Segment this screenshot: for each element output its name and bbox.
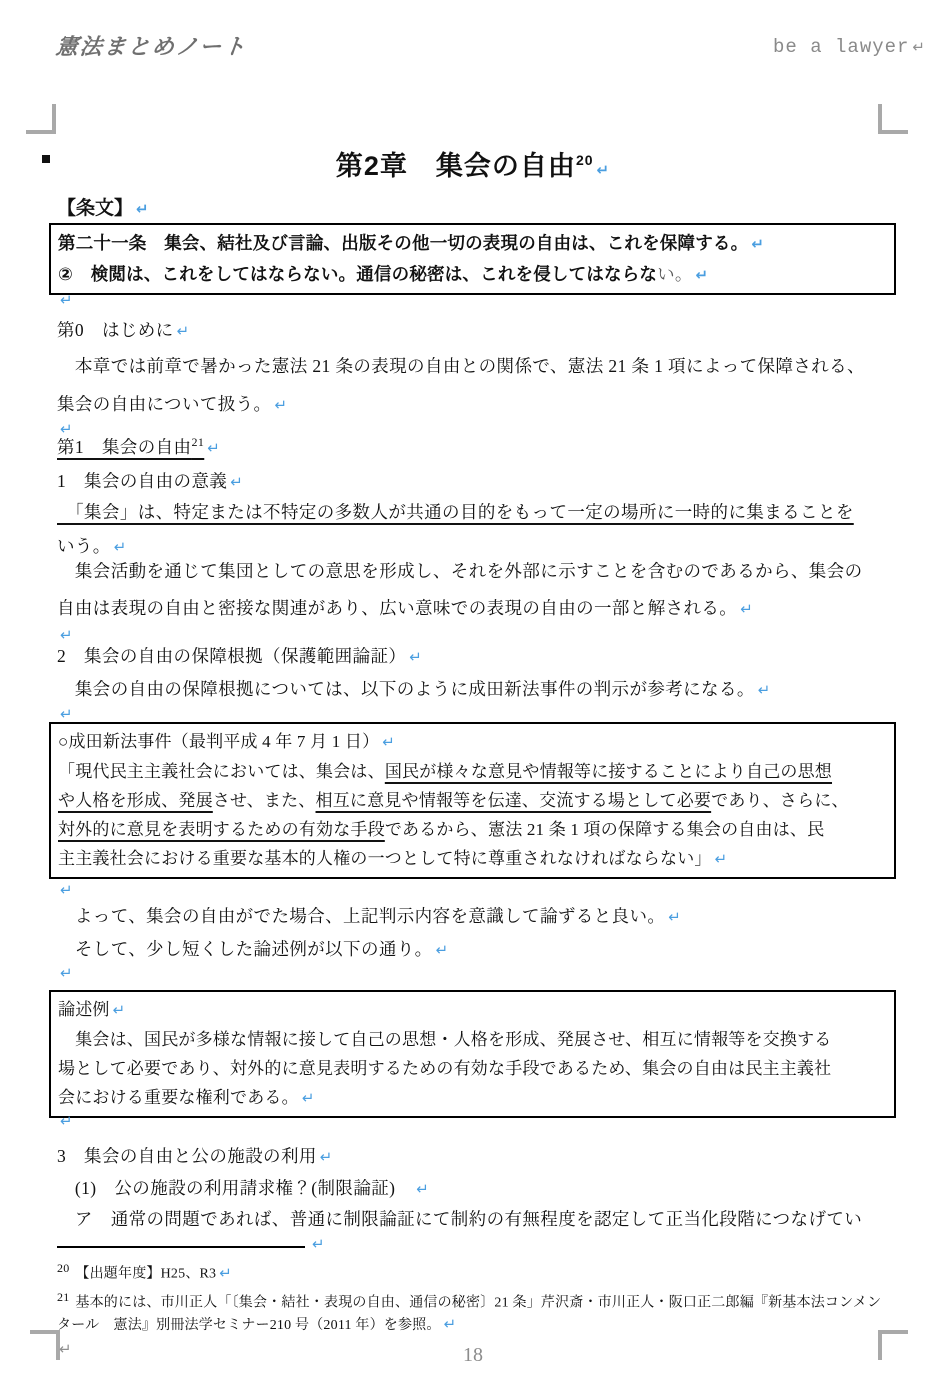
narita-line3: 対外的に意見を表明するための有効な手段であるから、憲法 21 条 1 項の保障す… xyxy=(58,815,887,844)
narita-line4: 主主義社会における重要な基本的人権の一つとして特に尊重されなければならない」↵ xyxy=(58,844,887,874)
paragraph-mark-icon: ↵ xyxy=(207,439,220,457)
paragraph-mark-icon: ↵ xyxy=(751,235,764,253)
ronjutsu-l2-text: 場として必要であり、対外的に意見表明するための有効な手段であるため、集会の自由は… xyxy=(58,1059,831,1078)
article-21-line2-bold: ② 検閲は、これをしてはならない。通信の秘密は、これを侵してはならな xyxy=(58,264,657,284)
article-21-line1-text: 第二十一条 集会、結社及び言論、出版その他一切の表現の自由は、これを保障する。 xyxy=(58,233,748,253)
sec1-heading-text: 第1 集会の自由 xyxy=(57,437,191,457)
sec3-a-line-text: ア 通常の問題であれば、普通に制限論証にて制約の有無程度を認定して正当化段階につ… xyxy=(57,1209,862,1229)
paragraph-mark-icon: ↵ xyxy=(320,1148,333,1166)
paragraph-mark-icon: ↵ xyxy=(274,396,287,414)
ronjutsu-l3-text: 会における重要な権利である。 xyxy=(58,1088,299,1107)
article-21-box: 第二十一条 集会、結社及び言論、出版その他一切の表現の自由は、これを保障する。↵… xyxy=(49,223,896,295)
after-narita-paragraph2: そして、少し短くした論述例が以下の通り。↵ xyxy=(57,936,449,961)
sec1-p2a-text: 集会活動を通じて集団としての意思を形成し、それを外部に示すことを含むのであるから… xyxy=(57,561,863,581)
footnote-21-line2: タール 憲法』別冊法学セミナー210 号（2011 年）を参照。↵ xyxy=(57,1311,456,1339)
document-page: 憲法まとめノート be a lawyer↵ 第2章 集会の自由20↵ 【条文】↵… xyxy=(0,0,946,1394)
paragraph-mark-icon: ↵ xyxy=(219,1264,232,1282)
sec1-paragraph3: 集会の自由の保障根拠については、以下のように成田新法事件の判示が参考になる。↵ xyxy=(57,676,771,701)
empty-paragraph-mark-icon: ↵ xyxy=(60,291,73,309)
footnote-ref-21: 21 xyxy=(191,435,204,449)
paragraph-mark-icon: ↵ xyxy=(114,538,127,556)
sec1-paragraph2-line1: 集会活動を通じて集団としての意思を形成し、それを外部に示すことを含むのであるから… xyxy=(57,558,863,583)
paragraph-mark-icon: ↵ xyxy=(409,648,422,666)
narita-l2-plain2: であり、さらに、 xyxy=(711,791,849,810)
narita-l2-underlined1: や人格を形成、発展 xyxy=(58,791,213,810)
sec1-paragraph2-line2: 自由は表現の自由と密接な関連があり、広い意味での表現の自由の一部と解される。↵ xyxy=(57,595,753,620)
paragraph-mark-icon: ↵ xyxy=(416,1180,429,1198)
paragraph-mark-icon: ↵ xyxy=(230,473,243,491)
assembly-definition-tail: いう。↵ xyxy=(57,533,127,558)
paragraph-mark-icon: ↵ xyxy=(302,1089,315,1107)
sec0-p1-text: 本章では前章で暑かった憲法 21 条の表現の自由との関係で、憲法 21 条 1 … xyxy=(57,356,865,376)
footnote-20: 20【出題年度】H25、R3↵ xyxy=(57,1255,232,1288)
ronjutsu-line2: 場として必要であり、対外的に意見表明するための有効な手段であるため、集会の自由は… xyxy=(58,1054,887,1083)
sec0-paragraph-line1: 本章では前章で暑かった憲法 21 条の表現の自由との関係で、憲法 21 条 1 … xyxy=(57,353,865,378)
assembly-definition-underlined: 「集会」は、特定または不特定の多数人が共通の目的をもって一定の場所に一時的に集ま… xyxy=(57,502,854,522)
paragraph-mark-icon: ↵ xyxy=(136,200,149,218)
joubun-label-text: 【条文】 xyxy=(57,198,133,219)
paragraph-mark-icon: ↵ xyxy=(715,850,728,868)
ronjutsu-example-box: 論述例↵ 集会は、国民が多様な情報に接して自己の思想・人格を形成、発展させ、相互… xyxy=(49,990,896,1118)
paragraph-mark-icon: ↵ xyxy=(668,908,681,926)
sec0-heading-text: 第0 はじめに xyxy=(57,320,174,340)
paragraph-mark-icon: ↵ xyxy=(740,600,753,618)
paragraph-mark-icon: ↵ xyxy=(696,266,709,284)
narita-l1-plain: 「現代民主主義社会においては、集会は、 xyxy=(58,762,385,781)
joubun-label: 【条文】↵ xyxy=(57,193,149,220)
article-21-line1: 第二十一条 集会、結社及び言論、出版その他一切の表現の自由は、これを保障する。↵ xyxy=(58,228,887,259)
narita-l2-underlined2: 相互に意見や情報等を伝達、交流する場として必要 xyxy=(316,791,712,810)
header-right-text: be a lawyer xyxy=(773,36,909,58)
chapter-title: 第2章 集会の自由20↵ xyxy=(0,144,946,183)
crop-mark-top-right-icon xyxy=(878,104,908,134)
article-21-line2: ② 検閲は、これをしてはならない。通信の秘密は、これを侵してはならない。↵ xyxy=(58,259,887,290)
footnote-20-text: 【出題年度】H25、R3 xyxy=(75,1267,216,1282)
narita-l3-plain: であるから、憲法 21 条 1 項の保障する集会の自由は、民 xyxy=(385,820,825,839)
footnote-ref-20: 20 xyxy=(576,152,594,168)
narita-l2-plain1: させ、また、 xyxy=(213,791,316,810)
narita-l1-underlined: 国民が様々な意見や情報等に接することにより自己の思想 xyxy=(385,762,832,781)
empty-paragraph-mark-icon: ↵ xyxy=(60,964,73,982)
ronjutsu-l1-text: 集会は、国民が多様な情報に接して自己の思想・人格を形成、発展させ、相互に情報等を… xyxy=(58,1030,832,1049)
footnote-21-ref: 21 xyxy=(57,1290,69,1304)
footnote-20-ref: 20 xyxy=(57,1261,69,1275)
paragraph-mark-icon: ↵ xyxy=(444,1315,457,1333)
sec3-item3-text: 3 集会の自由と公の施設の利用 xyxy=(57,1146,317,1166)
empty-paragraph-mark-icon: ↵ xyxy=(60,705,73,723)
header-brand: 憲法まとめノート xyxy=(54,30,249,61)
sec1-item2-heading: 2 集会の自由の保障根拠（保護範囲論証）↵ xyxy=(57,643,422,668)
empty-paragraph-mark-icon: ↵ xyxy=(60,626,73,644)
empty-paragraph-mark-icon: ↵ xyxy=(60,881,73,899)
narita-line1: 「現代民主主義社会においては、集会は、国民が様々な意見や情報等に接することにより… xyxy=(58,757,887,786)
sec1-heading: 第1 集会の自由21↵ xyxy=(57,434,220,459)
sec0-paragraph-line2: 集会の自由について扱う。↵ xyxy=(57,391,287,416)
narita-case-box: ○成田新法事件（最判平成 4 年 7 月 1 日）↵ 「現代民主主義社会において… xyxy=(49,722,896,879)
paragraph-mark-icon: ↵ xyxy=(113,1001,126,1019)
paragraph-mark-icon: ↵ xyxy=(912,38,926,56)
header-right: be a lawyer↵ xyxy=(773,36,926,58)
after-narita-paragraph1: よって、集会の自由がでた場合、上記判示内容を意識して論ずると良い。↵ xyxy=(57,903,681,928)
narita-l3-underlined: 対外的に意見を表明するための有効な手段 xyxy=(58,820,385,839)
narita-title-text: ○成田新法事件（最判平成 4 年 7 月 1 日） xyxy=(58,732,379,751)
sec3-item3-heading: 3 集会の自由と公の施設の利用↵ xyxy=(57,1143,333,1168)
sec1-item1-heading: 1 集会の自由の意義↵ xyxy=(57,468,243,493)
assembly-definition-tail-text: いう。 xyxy=(57,536,111,556)
assembly-definition-line: 「集会」は、特定または不特定の多数人が共通の目的をもって一定の場所に一時的に集ま… xyxy=(57,499,854,524)
empty-paragraph-mark-icon: ↵ xyxy=(60,1112,73,1130)
ronjutsu-line3: 会における重要な権利である。↵ xyxy=(58,1083,887,1113)
crop-mark-top-left-icon xyxy=(26,104,56,134)
paragraph-mark-icon: ↵ xyxy=(177,322,190,340)
paragraph-mark-icon: ↵ xyxy=(312,1235,325,1253)
footnote-21-line1-text: 基本的には、市川正人「〔集会・結社・表現の自由、通信の秘密〕21 条」芹沢斎・市… xyxy=(75,1296,881,1311)
paragraph-mark-icon: ↵ xyxy=(758,681,771,699)
narita-title: ○成田新法事件（最判平成 4 年 7 月 1 日）↵ xyxy=(58,727,887,757)
narita-l4-text: 主主義社会における重要な基本的人権の一つとして特に尊重されなければならない」 xyxy=(58,849,712,868)
paragraph-mark-icon: ↵ xyxy=(382,733,395,751)
footnote-separator xyxy=(57,1246,305,1248)
sec0-p2-text: 集会の自由について扱う。 xyxy=(57,394,271,414)
sec3-a-line: ア 通常の問題であれば、普通に制限論証にて制約の有無程度を認定して正当化段階につ… xyxy=(57,1206,862,1231)
sec1-item2-text: 2 集会の自由の保障根拠（保護範囲論証） xyxy=(57,646,406,666)
footnote-21-line2-text: タール 憲法』別冊法学セミナー210 号（2011 年）を参照。 xyxy=(57,1318,441,1333)
chapter-title-text: 第2章 集会の自由 xyxy=(336,151,576,181)
ronjutsu-title: 論述例↵ xyxy=(58,995,887,1025)
paragraph-mark-icon: ↵ xyxy=(436,941,449,959)
sec1-p2b-text: 自由は表現の自由と密接な関連があり、広い意味での表現の自由の一部と解される。 xyxy=(57,598,737,618)
narita-line2: や人格を形成、発展させ、また、相互に意見や情報等を伝達、交流する場として必要であ… xyxy=(58,786,887,815)
sec3-sub1-text: (1) 公の施設の利用請求権？(制限論証) xyxy=(57,1178,413,1198)
ronjutsu-line1: 集会は、国民が多様な情報に接して自己の思想・人格を形成、発展させ、相互に情報等を… xyxy=(58,1025,887,1054)
ronjutsu-title-text: 論述例 xyxy=(58,1000,110,1019)
sec1-item1-text: 1 集会の自由の意義 xyxy=(57,471,227,491)
sec1-p3-text: 集会の自由の保障根拠については、以下のように成田新法事件の判示が参考になる。 xyxy=(57,679,755,699)
article-21-line2-tail: い。 xyxy=(657,264,692,284)
paragraph-mark-icon: ↵ xyxy=(597,161,611,179)
after-narita-p2-text: そして、少し短くした論述例が以下の通り。 xyxy=(57,939,433,959)
after-narita-p1-text: よって、集会の自由がでた場合、上記判示内容を意識して論ずると良い。 xyxy=(57,906,665,926)
page-number: 18 xyxy=(0,1344,946,1367)
sec0-heading: 第0 はじめに↵ xyxy=(57,317,190,342)
sec3-sub1-heading: (1) 公の施設の利用請求権？(制限論証) ↵ xyxy=(57,1175,429,1200)
sec1-heading-underline: 第1 集会の自由21 xyxy=(57,437,204,457)
